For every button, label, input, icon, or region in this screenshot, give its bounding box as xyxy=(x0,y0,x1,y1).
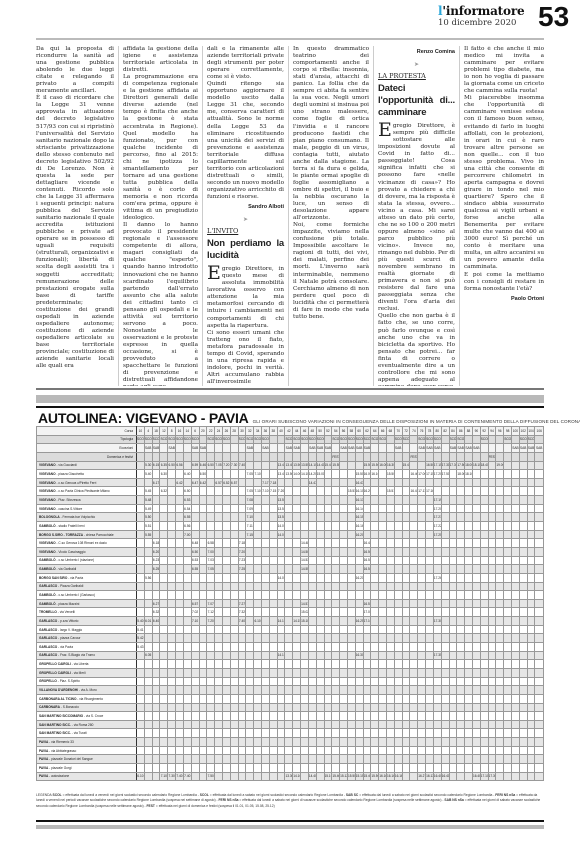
departure-time xyxy=(441,686,449,695)
departure-time xyxy=(535,712,544,721)
departure-time xyxy=(457,772,465,781)
departure-time xyxy=(215,547,223,556)
header-cell xyxy=(465,435,473,444)
departure-time xyxy=(262,738,270,747)
departure-time xyxy=(207,738,215,747)
header-cell: SAB xyxy=(246,444,254,453)
departure-time: 6.54 xyxy=(183,504,191,513)
departure-time xyxy=(246,746,254,755)
departure-time xyxy=(472,625,480,634)
departure-time xyxy=(168,686,176,695)
header-cell: SAB xyxy=(316,444,324,453)
header-cell xyxy=(480,452,488,461)
header-cell xyxy=(441,435,449,444)
departure-time xyxy=(394,522,402,531)
departure-time xyxy=(160,565,168,574)
departure-time xyxy=(480,712,488,721)
departure-time xyxy=(472,720,480,729)
departure-time xyxy=(441,738,449,747)
departure-time xyxy=(433,712,441,721)
departure-time xyxy=(527,617,535,626)
header-label: Domenica e festivi xyxy=(37,452,137,461)
departure-time xyxy=(504,738,512,747)
departure-time xyxy=(238,496,246,505)
departure-time xyxy=(254,504,262,513)
header-cell xyxy=(269,435,277,444)
departure-time xyxy=(402,643,410,652)
departure-time xyxy=(160,660,168,669)
header-cell xyxy=(426,452,434,461)
departure-time xyxy=(512,755,520,764)
departure-time xyxy=(191,625,199,634)
header-cell: SCOL xyxy=(527,435,535,444)
departure-time xyxy=(215,746,223,755)
departure-time xyxy=(441,556,449,565)
departure-time xyxy=(152,651,160,660)
departure-time xyxy=(262,573,270,582)
departure-time xyxy=(301,651,309,660)
departure-time xyxy=(285,617,293,626)
departure-time: 6.57 xyxy=(191,599,199,608)
departure-time xyxy=(199,651,207,660)
departure-time xyxy=(301,729,309,738)
departure-time xyxy=(324,746,332,755)
departure-time: 17.20 xyxy=(433,504,441,513)
departure-time xyxy=(285,487,293,496)
departure-time xyxy=(152,643,160,652)
header-cell xyxy=(199,435,207,444)
departure-time xyxy=(347,625,355,634)
departure-time xyxy=(394,608,402,617)
departure-time xyxy=(387,617,395,626)
departure-time xyxy=(285,755,293,764)
departure-time xyxy=(254,703,262,712)
departure-time xyxy=(277,478,285,487)
departure-time xyxy=(293,703,301,712)
departure-time xyxy=(355,712,363,721)
departure-time xyxy=(480,694,488,703)
timetable-stop-row: GAMBOLÒ - c.so Umberto I (stazione)6.236… xyxy=(37,556,544,565)
departure-time xyxy=(246,738,254,747)
departure-time xyxy=(347,608,355,617)
header-cell xyxy=(176,444,184,453)
departure-time xyxy=(433,599,441,608)
departure-time xyxy=(168,755,176,764)
departure-time xyxy=(301,496,309,505)
departure-time xyxy=(215,755,223,764)
departure-time xyxy=(394,651,402,660)
departure-time xyxy=(379,573,387,582)
departure-time xyxy=(387,547,395,556)
departure-time xyxy=(238,755,246,764)
departure-time xyxy=(480,686,488,695)
departure-time xyxy=(332,668,340,677)
departure-time xyxy=(285,599,293,608)
departure-time xyxy=(465,677,473,686)
header-cell: SCOL xyxy=(262,435,270,444)
departure-time xyxy=(379,763,387,772)
header-cell: SCOL xyxy=(246,435,254,444)
departure-time xyxy=(316,686,324,695)
legend-entry: SAB SC = effettuata dal lunedì a sabato … xyxy=(346,793,495,797)
departure-time xyxy=(363,582,371,591)
departure-time xyxy=(472,496,480,505)
departure-time xyxy=(480,513,488,522)
departure-time xyxy=(426,703,434,712)
departure-time xyxy=(308,496,316,505)
departure-time xyxy=(222,522,230,531)
departure-time xyxy=(340,677,348,686)
header-cell: SAB xyxy=(418,444,426,453)
departure-time xyxy=(238,738,246,747)
departure-time: 5.43 xyxy=(137,643,145,652)
departure-time xyxy=(480,729,488,738)
departure-time xyxy=(387,478,395,487)
stop-name: VIGEVANO - cascina S.Vittore xyxy=(37,504,137,513)
departure-time xyxy=(137,478,145,487)
departure-time xyxy=(308,573,316,582)
departure-time xyxy=(410,763,418,772)
departure-time xyxy=(418,651,426,660)
departure-time xyxy=(152,694,160,703)
departure-time xyxy=(527,487,535,496)
header-cell: SAB xyxy=(199,444,207,453)
departure-time xyxy=(535,660,544,669)
header-cell: FEST xyxy=(332,452,340,461)
departure-time xyxy=(137,694,145,703)
departure-time xyxy=(340,712,348,721)
departure-time xyxy=(269,686,277,695)
stop-name: VIGEVANO - Piaz. Sforzesca xyxy=(37,496,137,505)
header-cell xyxy=(269,452,277,461)
header-cell xyxy=(519,452,527,461)
departure-time xyxy=(222,643,230,652)
departure-time xyxy=(332,625,340,634)
departure-time xyxy=(449,694,457,703)
departure-time: 7.10 xyxy=(160,772,168,781)
departure-time xyxy=(144,686,152,695)
departure-time xyxy=(246,712,254,721)
header-cell: 16 xyxy=(176,427,184,436)
departure-time xyxy=(324,496,332,505)
departure-time xyxy=(324,547,332,556)
stop-name: GROPELLO CAIROLI - via Merli xyxy=(37,668,137,677)
departure-time xyxy=(402,565,410,574)
departure-time xyxy=(347,651,355,660)
departure-time xyxy=(402,478,410,487)
departure-time xyxy=(340,686,348,695)
departure-time xyxy=(535,694,544,703)
timetable-stop-row: VIGEVANO - c.so Pavia Clinica Piedisante… xyxy=(37,487,544,496)
stop-name: PAVIA - autostazione xyxy=(37,772,137,781)
departure-time xyxy=(316,763,324,772)
departure-time xyxy=(457,643,465,652)
departure-time xyxy=(519,487,527,496)
departure-time xyxy=(441,694,449,703)
departure-time xyxy=(418,496,426,505)
departure-time xyxy=(222,617,230,626)
departure-time xyxy=(301,513,309,522)
departure-time xyxy=(387,522,395,531)
departure-time xyxy=(347,634,355,643)
departure-time xyxy=(535,599,544,608)
departure-time xyxy=(269,668,277,677)
departure-time: 17.30 xyxy=(441,461,449,470)
departure-time xyxy=(144,556,152,565)
departure-time xyxy=(316,504,324,513)
departure-time xyxy=(527,591,535,600)
departure-time: 17.50 xyxy=(457,461,465,470)
departure-time xyxy=(137,487,145,496)
departure-time xyxy=(465,746,473,755)
departure-time: 6.56 xyxy=(183,522,191,531)
departure-time xyxy=(199,513,207,522)
departure-time xyxy=(457,703,465,712)
departure-time xyxy=(387,556,395,565)
timetable-stop-row: GAMBOLÒ - piazza Mazzini6.276.577.077.27… xyxy=(37,599,544,608)
departure-time xyxy=(262,746,270,755)
header-cell xyxy=(230,444,238,453)
departure-time xyxy=(519,634,527,643)
departure-time xyxy=(371,686,379,695)
departure-time xyxy=(496,746,504,755)
departure-time: 7.18 xyxy=(269,478,277,487)
departure-time xyxy=(363,530,371,539)
departure-time xyxy=(418,530,426,539)
departure-time xyxy=(176,547,184,556)
departure-time xyxy=(457,591,465,600)
departure-time xyxy=(449,504,457,513)
departure-time xyxy=(160,504,168,513)
departure-time: 5.48 xyxy=(144,496,152,505)
departure-time xyxy=(285,582,293,591)
departure-time: 6.05 xyxy=(144,651,152,660)
header-cell xyxy=(293,452,301,461)
departure-time xyxy=(504,504,512,513)
timetable-stop-row: CARBONARA - S.Bonaccio xyxy=(37,703,544,712)
stop-name: TROMELLO - via Vercelli xyxy=(37,608,137,617)
departure-time xyxy=(262,461,270,470)
departure-time xyxy=(230,565,238,574)
header-cell: SCOL xyxy=(168,435,176,444)
departure-time: 14.05 xyxy=(277,530,285,539)
departure-time xyxy=(340,668,348,677)
departure-time xyxy=(332,617,340,626)
departure-time xyxy=(230,651,238,660)
stop-name: PAVIA - piazzale Donatori del Sangue xyxy=(37,755,137,764)
departure-time xyxy=(488,677,496,686)
header-cell: 66 xyxy=(379,427,387,436)
departure-time: 14.15 xyxy=(293,617,301,626)
departure-time xyxy=(246,478,254,487)
departure-time xyxy=(410,582,418,591)
departure-time xyxy=(504,573,512,582)
departure-time xyxy=(496,651,504,660)
timetable-stop-row: VIGEVANO - cascina S.Vittore5.496.547.09… xyxy=(37,504,544,513)
departure-time xyxy=(191,530,199,539)
departure-time: 5.42 xyxy=(137,634,145,643)
departure-time xyxy=(324,487,332,496)
departure-time: 6.48 xyxy=(191,539,199,548)
departure-time xyxy=(301,755,309,764)
departure-time xyxy=(207,651,215,660)
departure-time xyxy=(199,504,207,513)
departure-time xyxy=(176,591,184,600)
departure-time xyxy=(152,712,160,721)
departure-time xyxy=(160,530,168,539)
departure-time xyxy=(254,772,262,781)
departure-time xyxy=(379,547,387,556)
header-cell: 98 xyxy=(504,427,512,436)
departure-time xyxy=(410,599,418,608)
departure-time xyxy=(347,547,355,556)
header-cell xyxy=(160,444,168,453)
departure-time xyxy=(144,478,152,487)
departure-time xyxy=(238,573,246,582)
departure-time: 14.06 xyxy=(277,573,285,582)
departure-time: 5.30 xyxy=(144,461,152,470)
departure-time xyxy=(144,694,152,703)
departure-time xyxy=(168,625,176,634)
departure-time xyxy=(222,470,230,479)
departure-time xyxy=(308,763,316,772)
departure-time xyxy=(371,608,379,617)
departure-time: 7.15 xyxy=(246,530,254,539)
departure-time xyxy=(246,547,254,556)
header-cell xyxy=(387,435,395,444)
departure-time xyxy=(426,651,434,660)
departure-time xyxy=(199,565,207,574)
departure-time xyxy=(371,677,379,686)
departure-time xyxy=(449,634,457,643)
departure-time xyxy=(160,599,168,608)
header-cell: 64 xyxy=(371,427,379,436)
departure-time xyxy=(254,729,262,738)
timetable-header-row: TipologiaSCOLSCOLSCOLSCOLSCOLSCOLSCOLSCO… xyxy=(37,435,544,444)
departure-time xyxy=(324,686,332,695)
header-cell: 106 xyxy=(535,427,544,436)
departure-time xyxy=(433,660,441,669)
timetable-stop-row: PAVIA - piazzale Gorgi xyxy=(37,763,544,772)
header-cell: SAB xyxy=(457,444,465,453)
departure-time xyxy=(340,755,348,764)
departure-time xyxy=(316,703,324,712)
departure-time: 16.10 xyxy=(371,470,379,479)
departure-time xyxy=(285,720,293,729)
departure-time xyxy=(387,668,395,677)
departure-time xyxy=(496,720,504,729)
departure-time xyxy=(332,677,340,686)
departure-time xyxy=(207,522,215,531)
departure-time xyxy=(293,556,301,565)
departure-time xyxy=(418,677,426,686)
header-cell: 74 xyxy=(410,427,418,436)
header-cell: SCOL xyxy=(176,435,184,444)
departure-time xyxy=(480,703,488,712)
departure-time xyxy=(246,643,254,652)
departure-time: 14.00 xyxy=(293,470,301,479)
departure-time xyxy=(308,694,316,703)
header-cell: 42 xyxy=(285,427,293,436)
departure-time xyxy=(246,694,254,703)
stop-name: GROPELLO CAIROLI - via Liberta xyxy=(37,660,137,669)
departure-time: 18.00 xyxy=(457,470,465,479)
departure-time xyxy=(449,772,457,781)
article-paragraph: E poi come la mettiamo con i consigli di… xyxy=(464,272,544,293)
departure-time xyxy=(137,720,145,729)
departure-time xyxy=(488,504,496,513)
departure-time xyxy=(371,712,379,721)
departure-time xyxy=(504,729,512,738)
departure-time: 16.57 xyxy=(363,599,371,608)
departure-time xyxy=(144,738,152,747)
departure-time xyxy=(355,634,363,643)
departure-time xyxy=(222,556,230,565)
departure-time xyxy=(230,668,238,677)
departure-time xyxy=(457,487,465,496)
header-cell: 58 xyxy=(347,427,355,436)
departure-time xyxy=(535,478,544,487)
departure-time xyxy=(199,660,207,669)
departure-time xyxy=(199,547,207,556)
header-cell xyxy=(488,435,496,444)
departure-time xyxy=(168,504,176,513)
departure-time: 6.50 xyxy=(183,487,191,496)
departure-time xyxy=(457,565,465,574)
departure-time xyxy=(449,513,457,522)
departure-time: 7.30 xyxy=(230,461,238,470)
departure-time xyxy=(277,720,285,729)
departure-time: 15.10 xyxy=(324,772,332,781)
departure-time xyxy=(183,608,191,617)
departure-time xyxy=(512,643,520,652)
departure-time xyxy=(168,556,176,565)
departure-time xyxy=(230,625,238,634)
departure-time xyxy=(215,573,223,582)
departure-time xyxy=(277,668,285,677)
departure-time xyxy=(137,712,145,721)
header-cell: 84 xyxy=(449,427,457,436)
header-cell: SCOL xyxy=(152,435,160,444)
departure-time xyxy=(324,763,332,772)
departure-time xyxy=(402,608,410,617)
header-cell xyxy=(449,452,457,461)
departure-time xyxy=(488,522,496,531)
departure-time xyxy=(394,625,402,634)
departure-time xyxy=(207,755,215,764)
departure-time xyxy=(332,539,340,548)
header-cell: SAB xyxy=(394,444,402,453)
departure-time xyxy=(347,513,355,522)
departure-time xyxy=(262,565,270,574)
departure-time xyxy=(183,703,191,712)
departure-time xyxy=(137,668,145,677)
departure-time xyxy=(191,522,199,531)
departure-time xyxy=(457,547,465,556)
departure-time xyxy=(183,617,191,626)
departure-time xyxy=(410,712,418,721)
departure-time: 6.52 xyxy=(222,478,230,487)
departure-time xyxy=(410,772,418,781)
departure-time xyxy=(394,565,402,574)
departure-time: 16.13 xyxy=(355,496,363,505)
departure-time xyxy=(519,625,527,634)
departure-time xyxy=(387,651,395,660)
departure-time xyxy=(262,522,270,531)
departure-time xyxy=(465,478,473,487)
departure-time: 6.30 xyxy=(160,470,168,479)
departure-time xyxy=(262,729,270,738)
